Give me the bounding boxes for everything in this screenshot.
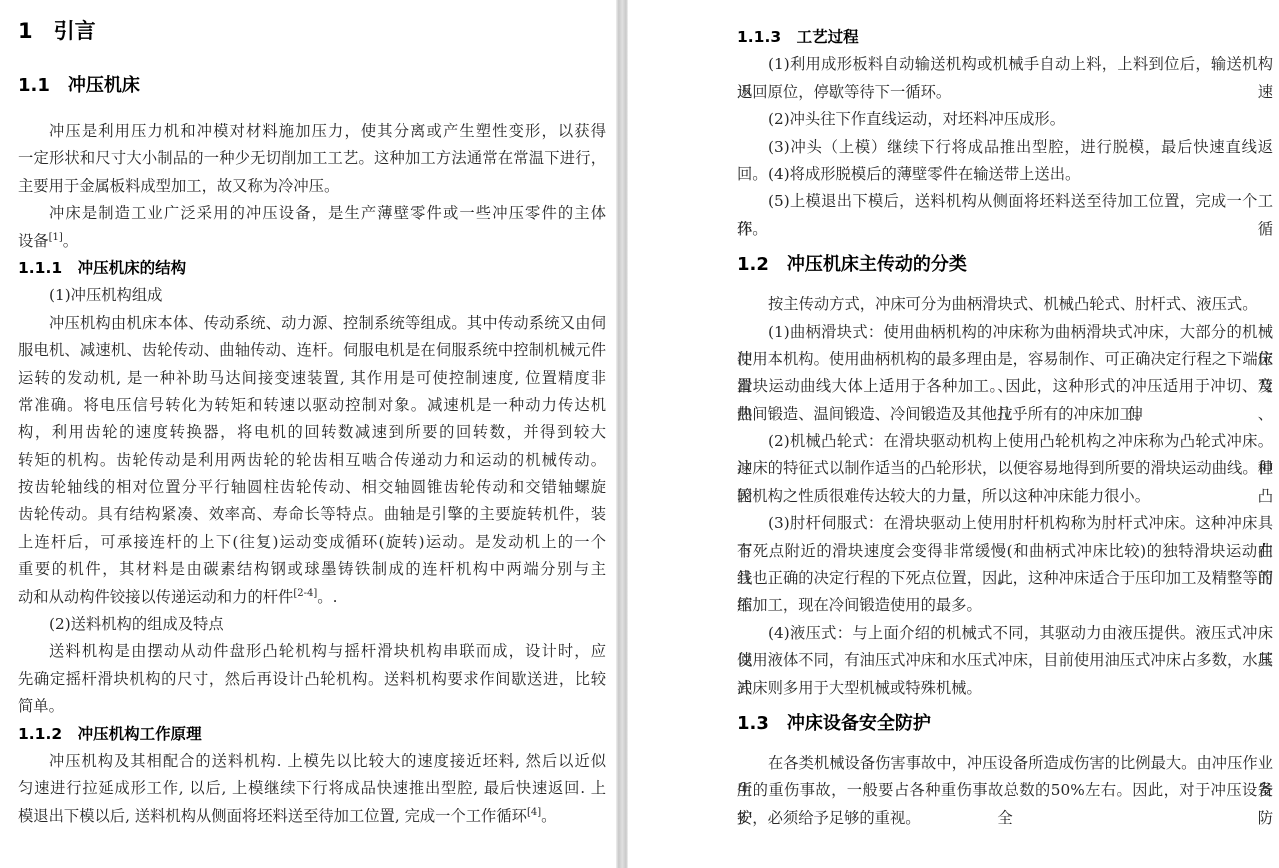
text-line: 冲压机构由机床本体、传动系统、动力源、控制系统等组成。其中传动系统又由伺	[18, 310, 606, 337]
text-line: 滑块运动曲线大体上适用于各种加工。因此，这种形式的冲压适用于冲切、弯曲、拉伸、	[737, 373, 1273, 400]
text-line: 冲床则多用于大型机械或特殊机械。	[737, 675, 1273, 702]
text-line: 模退出下模以后, 送料机构从侧面将坯料送至待加工位置, 完成一个工作循环[4]。	[18, 803, 606, 830]
text-line: 冲压是利用压力机和冲模对材料施加压力，使其分离或产生塑性变形，以获得	[18, 118, 606, 145]
text-line: 服电机、减速机、齿轮传动、曲轴传动、连杆。伺服电机是在伺服系统中控制机械元件	[18, 337, 606, 364]
text-line: 按齿轮轴线的相对位置分平行轴圆柱齿轮传动、相交轴圆锥齿轮传动和交错轴螺旋	[18, 474, 606, 501]
text-line: 一定形状和尺寸大小制品的一种少无切削加工工艺。这种加工方法通常在常温下进行，	[18, 145, 606, 172]
text-line: 下死点附近的滑块速度会变得非常缓慢(和曲柄式冲床比较)的独特滑块运动曲线。而	[737, 538, 1273, 565]
text-line: 上连杆后，可承接连杆的上下(往复)运动变成循环(旋转)运动。是发动机上的一个	[18, 529, 606, 556]
citation-superscript: [1]	[49, 231, 63, 242]
text-line: 护，必须给予足够的重视。	[737, 805, 1273, 832]
text-line: (3)冲头（上模）继续下行将成品推出型腔，进行脱模，最后快速直线返回。	[737, 134, 1273, 161]
text-line: 简单。	[18, 693, 606, 720]
citation-superscript: [4]	[527, 807, 541, 818]
text-line: (4)液压式：与上面介绍的机械式不同，其驱动力由液压提供。液压式冲床以其	[737, 620, 1273, 647]
section-heading: 1.2 冲压机床主传动的分类	[737, 252, 1273, 278]
text-line: 构，利用齿轮的速度转换器，将电机的回转数减速到所要的回转数，并得到较大	[18, 419, 606, 446]
text-line: 先确定摇杆滑块机构的尺寸，然后再设计凸轮机构。送料机构要求作间歇送进，比较	[18, 666, 606, 693]
text-line: (1)曲柄滑块式：使用曲柄机构的冲床称为曲柄滑块式冲床，大部分的机械冲床	[737, 319, 1273, 346]
text-line: 送料机构是由摆动从动件盘形凸轮机构与摇杆滑块机构串联而成，设计时，应	[18, 638, 606, 665]
page-gap-divider	[616, 0, 628, 868]
text-line: 缩加工，现在冷间锻造使用的最多。	[737, 592, 1273, 619]
section-heading: 1.1.2 冲压机构工作原理	[18, 721, 606, 748]
text-line: 匀速进行拉延成形工作, 以后, 上模继续下行将成品快速推出型腔, 最后快速返回.…	[18, 775, 606, 802]
text-run: 模退出下模以后, 送料机构从侧面将坯料送至待加工位置, 完成一个工作循环	[18, 807, 527, 825]
text-line: 冲压机构及其相配合的送料机构. 上模先以比较大的速度接近坯料, 然后以近似	[18, 748, 606, 775]
text-line: 齿轮传动。具有结构紧凑、效率高、寿命长等特点。曲轴是引擎的主要旋转机件，装	[18, 501, 606, 528]
text-line: 轮机构之性质很难传达较大的力量，所以这种冲床能力很小。	[737, 483, 1273, 510]
text-line: 设备[1]。	[18, 228, 606, 255]
text-run: 。	[63, 232, 78, 250]
text-line: 主要用于金属板料成型加工，故又称为冷冲压。	[18, 173, 606, 200]
text-line: (1)利用成形板料自动输送机构或机械手自动上料，上料到位后，输送机构迅速	[737, 51, 1273, 78]
text-line: 生的重伤事故，一般要占各种重伤事故总数的50%左右。因此，对于冲压设备安全防	[737, 777, 1273, 804]
text-line: 返回原位，停歇等待下一循环。	[737, 79, 1273, 106]
text-line: (5)上模退出下模后，送料机构从侧面将坯料送至待加工位置，完成一个工作循	[737, 188, 1273, 215]
section-heading: 1.1.3 工艺过程	[737, 24, 1273, 51]
text-line: 按主传动方式，冲床可分为曲柄滑块式、机械凸轮式、肘杆式、液压式。	[737, 291, 1273, 318]
citation-superscript: [2-4]	[293, 588, 317, 599]
section-heading: 1.3 冲床设备安全防护	[737, 711, 1273, 737]
text-line: 转矩的机构。齿轮传动是利用两齿轮的轮齿相互啮合传递动力和运动的机械传动。	[18, 447, 606, 474]
text-line: 运转的发动机, 是一种补助马达间接变速装置, 其作用是可使控制速度, 位置精度非	[18, 365, 606, 392]
section-heading: 1.1 冲压机床	[18, 73, 606, 99]
section-heading: 1.1.1 冲压机床的结构	[18, 255, 606, 282]
text-run: 设备	[18, 232, 49, 250]
text-line: 使用液体不同，有油压式冲床和水压式冲床，目前使用油压式冲床占多数，水压式	[737, 647, 1273, 674]
text-run: 动和从动构件铰接以传递运动和力的杆件	[18, 588, 293, 606]
text-line: 冲床的特征式以制作适当的凸轮形状，以便容易地得到所要的滑块运动曲线。但因凸	[737, 455, 1273, 482]
text-line: 环。	[737, 216, 1273, 243]
text-line: (3)肘杆伺服式：在滑块驱动上使用肘杆机构称为肘杆式冲床。这种冲床具有在	[737, 510, 1273, 537]
text-line: (2)机械凸轮式：在滑块驱动机构上使用凸轮机构之冲床称为凸轮式冲床。这种	[737, 428, 1273, 455]
page-left-content: 1 引言1.1 冲压机床冲压是利用压力机和冲模对材料施加压力，使其分离或产生塑性…	[18, 0, 606, 868]
text-run: 。	[541, 807, 556, 825]
text-line: (4)将成形脱模后的薄壁零件在输送带上送出。	[737, 161, 1273, 188]
text-line: 冲床是制造工业广泛采用的冲压设备，是生产薄壁零件或一些冲压零件的主体	[18, 200, 606, 227]
text-line: 热间锻造、温间锻造、冷间锻造及其他几乎所有的冲床加工。	[737, 401, 1273, 428]
text-line: 在各类机械设备伤害事故中，冲压设备所造成伤害的比例最大。由冲压作业所发	[737, 750, 1273, 777]
text-run: 。.	[317, 588, 337, 606]
page-right-content: 1.1.3 工艺过程(1)利用成形板料自动输送机构或机械手自动上料，上料到位后，…	[737, 0, 1273, 868]
text-line: 动和从动构件铰接以传递运动和力的杆件[2-4]。.	[18, 584, 606, 611]
document-canvas: 1 引言1.1 冲压机床冲压是利用压力机和冲模对材料施加压力，使其分离或产生塑性…	[0, 0, 1279, 868]
text-line: 使用本机构。使用曲柄机构的最多理由是，容易制作、可正确决定行程之下端位置、及	[737, 346, 1273, 373]
text-line: 且也正确的决定行程的下死点位置，因此，这种冲床适合于压印加工及精整等的压	[737, 565, 1273, 592]
page-right: 1.1.3 工艺过程(1)利用成形板料自动输送机构或机械手自动上料，上料到位后，…	[628, 0, 1279, 868]
text-line: 重要的机件，其材料是由碳素结构钢或球墨铸铁制成的连杆机构中两端分别与主	[18, 556, 606, 583]
section-heading: 1 引言	[18, 16, 606, 46]
text-line: (2)冲头往下作直线运动，对坯料冲压成形。	[737, 106, 1273, 133]
page-left: 1 引言1.1 冲压机床冲压是利用压力机和冲模对材料施加压力，使其分离或产生塑性…	[0, 0, 616, 868]
text-line: (1)冲压机构组成	[18, 282, 606, 309]
text-line: (2)送料机构的组成及特点	[18, 611, 606, 638]
text-line: 常准确。将电压信号转化为转矩和转速以驱动控制对象。减速机是一种动力传达机	[18, 392, 606, 419]
